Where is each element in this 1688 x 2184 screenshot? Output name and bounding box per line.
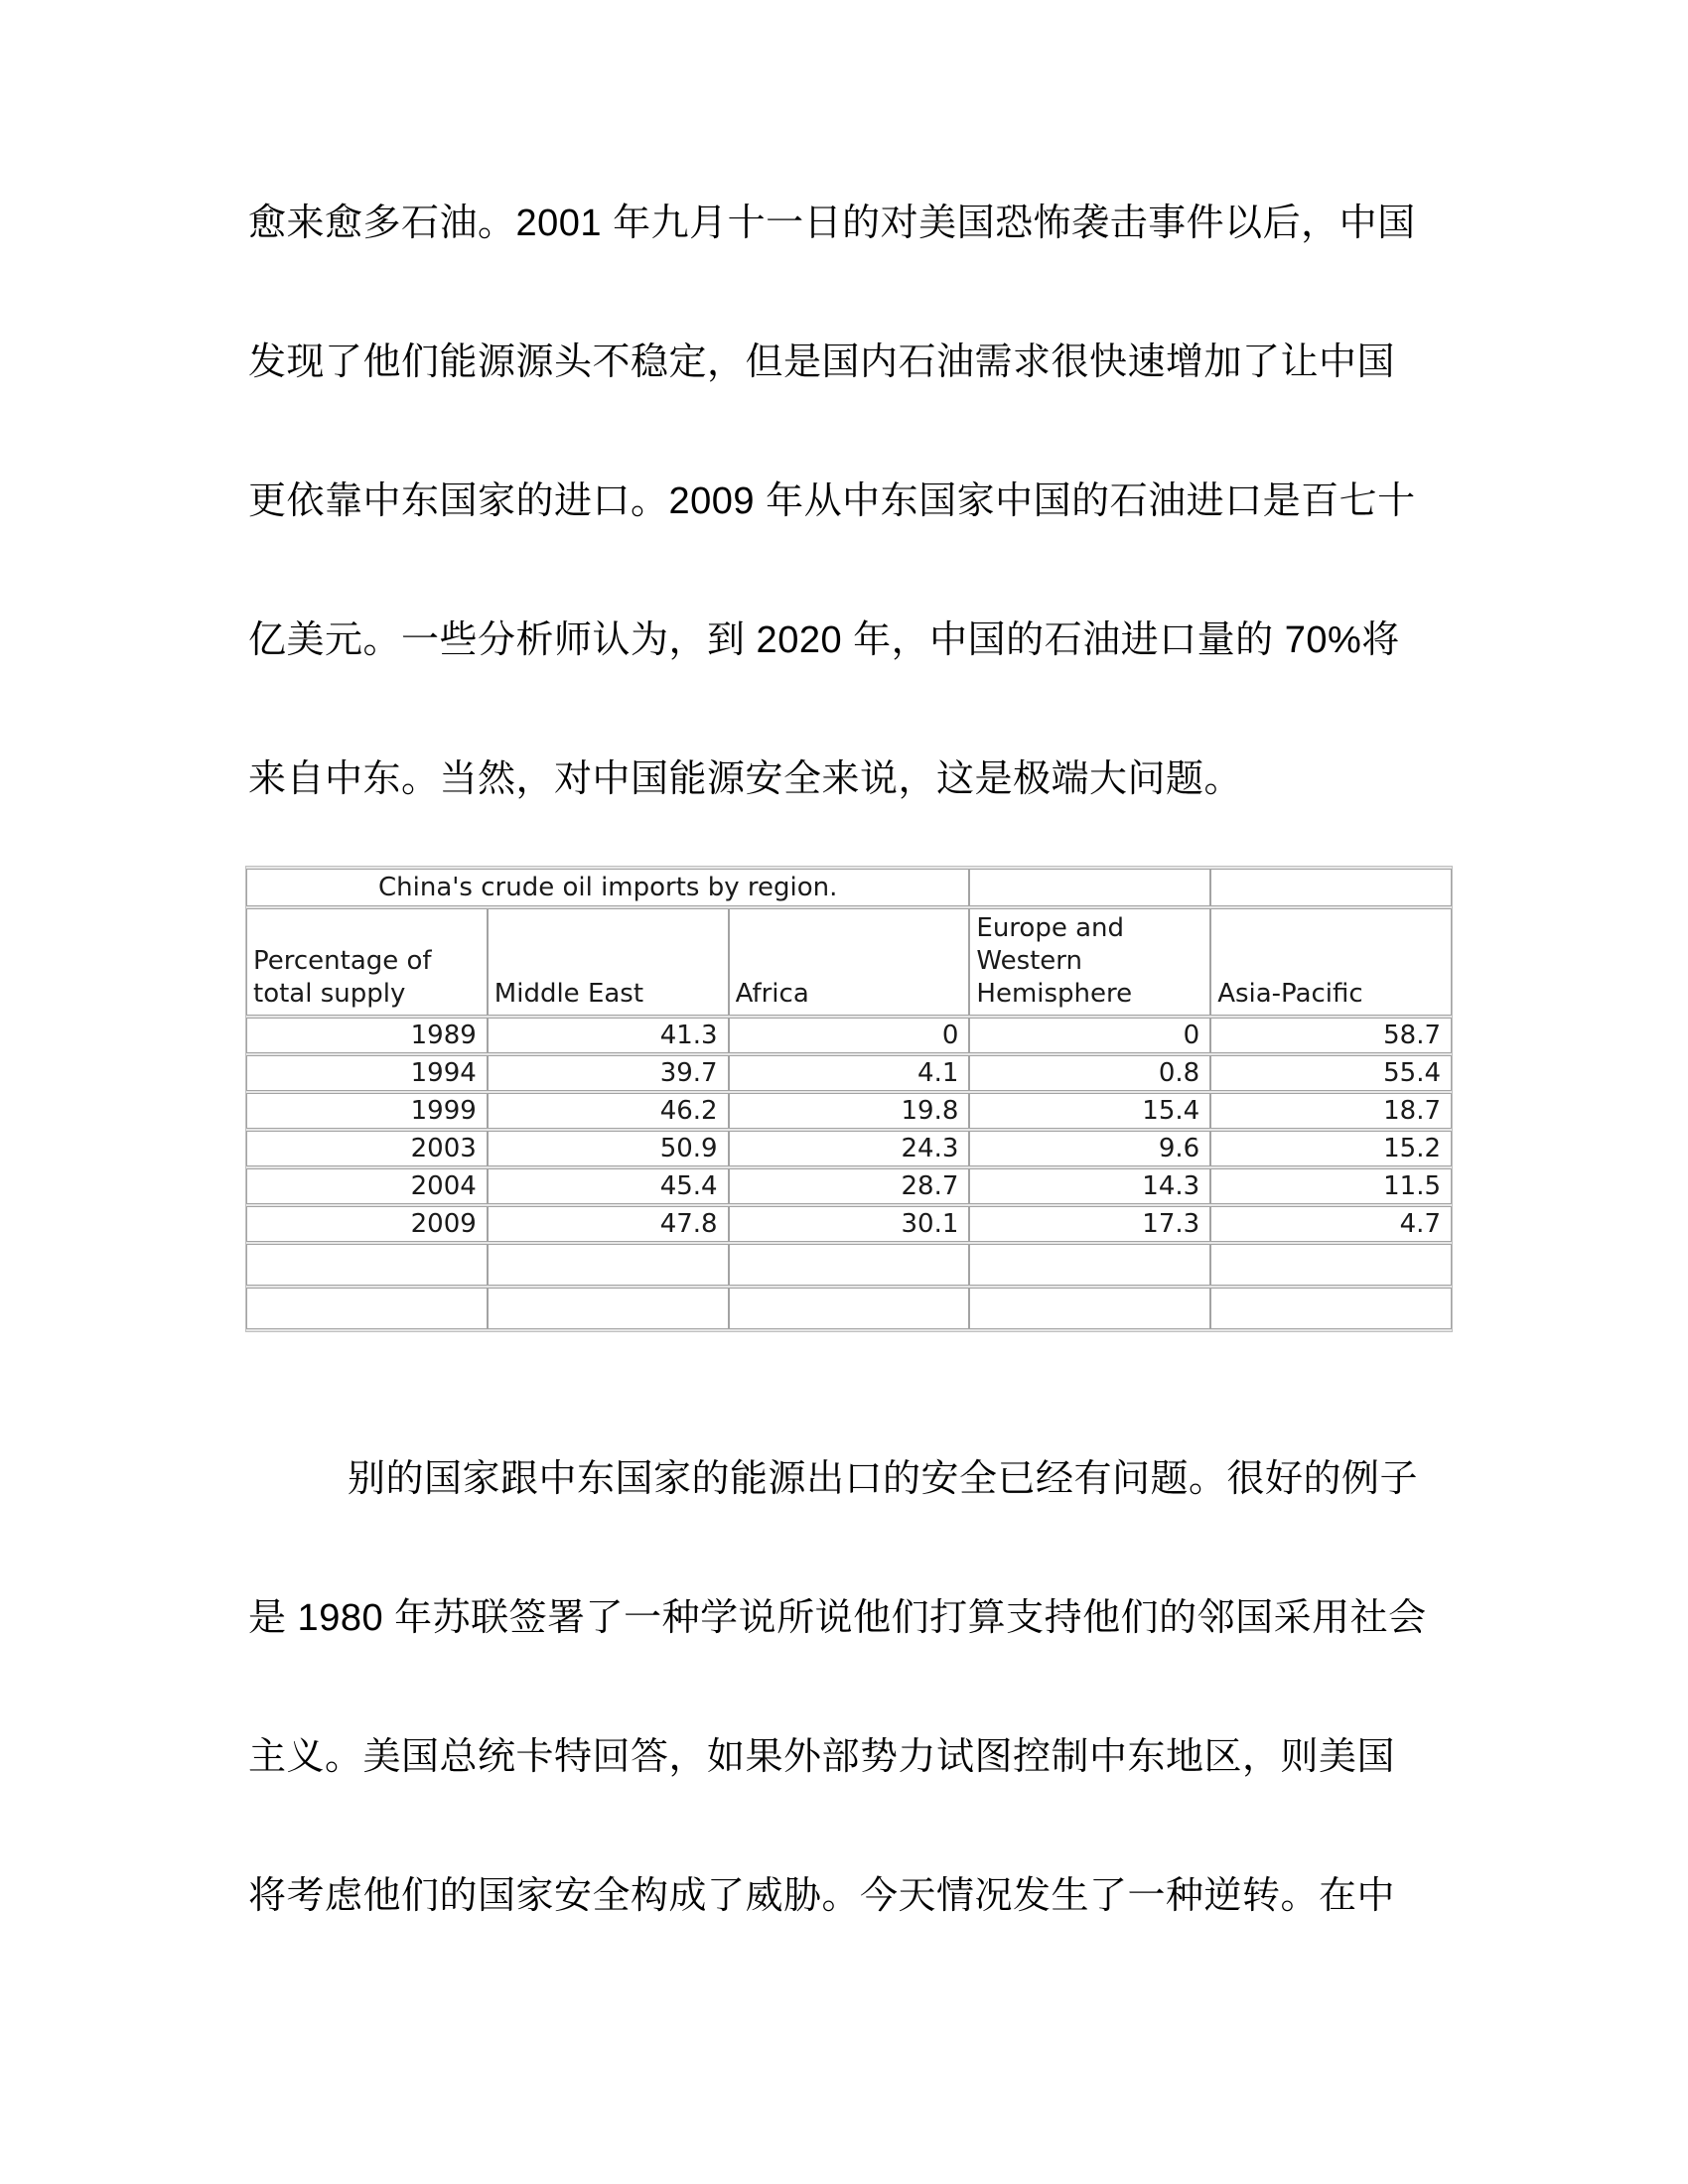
table-row: 200350.924.39.615.2	[246, 1131, 1452, 1166]
paragraph-line: 将考虑他们的国家安全构成了威胁。今天情况发生了一种逆转。在中	[248, 1874, 1489, 2013]
table-header-cell: Percentage of total supply	[246, 908, 488, 1016]
table-value-cell: 0	[729, 1018, 970, 1053]
table-year-cell: 1989	[246, 1018, 488, 1053]
oil-imports-table-wrap: China's crude oil imports by region.Perc…	[245, 866, 1453, 1332]
table-row: 200947.830.117.34.7	[246, 1206, 1452, 1242]
table-value-cell: 58.7	[1210, 1018, 1452, 1053]
table-row: 199439.74.10.855.4	[246, 1055, 1452, 1091]
table-year-cell: 1999	[246, 1093, 488, 1129]
table-year-cell: 2009	[246, 1206, 488, 1242]
table-title-empty-cell	[1210, 869, 1452, 906]
paragraph-energy-security: 别的国家跟中东国家的能源出口的安全已经有问题。很好的例子是 1980 年苏联签署…	[248, 1457, 1489, 2013]
table-row: 198941.30058.7	[246, 1018, 1452, 1053]
table-value-cell: 0	[969, 1018, 1210, 1053]
table-empty-cell	[246, 1244, 488, 1286]
table-header-row: Percentage of total supplyMiddle EastAfr…	[246, 908, 1452, 1016]
table-value-cell: 46.2	[488, 1093, 729, 1129]
table-value-cell: 15.4	[969, 1093, 1210, 1129]
table-title-row: China's crude oil imports by region.	[246, 869, 1452, 906]
table-header-cell: Asia-Pacific	[1210, 908, 1452, 1016]
table-value-cell: 19.8	[729, 1093, 970, 1129]
table-empty-cell	[729, 1288, 970, 1329]
table-row: 199946.219.815.418.7	[246, 1093, 1452, 1129]
table-value-cell: 4.1	[729, 1055, 970, 1091]
table-value-cell: 24.3	[729, 1131, 970, 1166]
oil-imports-table: China's crude oil imports by region.Perc…	[245, 866, 1453, 1332]
table-value-cell: 41.3	[488, 1018, 729, 1053]
table-empty-cell	[969, 1288, 1210, 1329]
table-header-cell: Africa	[729, 908, 970, 1016]
table-empty-cell	[729, 1244, 970, 1286]
table-value-cell: 28.7	[729, 1168, 970, 1204]
table-value-cell: 50.9	[488, 1131, 729, 1166]
table-empty-cell	[488, 1288, 729, 1329]
table-empty-cell	[246, 1288, 488, 1329]
table-value-cell: 15.2	[1210, 1131, 1452, 1166]
paragraph-line: 愈来愈多石油。2001 年九月十一日的对美国恐怖袭击事件以后，中国	[248, 202, 1489, 341]
table-value-cell: 4.7	[1210, 1206, 1452, 1242]
table-value-cell: 45.4	[488, 1168, 729, 1204]
table-value-cell: 11.5	[1210, 1168, 1452, 1204]
table-value-cell: 30.1	[729, 1206, 970, 1242]
paragraph-line: 发现了他们能源源头不稳定，但是国内石油需求很快速增加了让中国	[248, 341, 1489, 479]
table-value-cell: 55.4	[1210, 1055, 1452, 1091]
document-page: 愈来愈多石油。2001 年九月十一日的对美国恐怖袭击事件以后，中国发现了他们能源…	[0, 0, 1688, 2184]
table-empty-row	[246, 1288, 1452, 1329]
paragraph-line: 别的国家跟中东国家的能源出口的安全已经有问题。很好的例子	[248, 1457, 1489, 1596]
table-value-cell: 0.8	[969, 1055, 1210, 1091]
table-header-cell: Middle East	[488, 908, 729, 1016]
table-empty-cell	[1210, 1244, 1452, 1286]
table-empty-row	[246, 1244, 1452, 1286]
table-year-cell: 2004	[246, 1168, 488, 1204]
table-title: China's crude oil imports by region.	[246, 869, 969, 906]
table-value-cell: 18.7	[1210, 1093, 1452, 1129]
table-value-cell: 47.8	[488, 1206, 729, 1242]
table-title-empty-cell	[969, 869, 1210, 906]
table-row: 200445.428.714.311.5	[246, 1168, 1452, 1204]
table-year-cell: 1994	[246, 1055, 488, 1091]
table-year-cell: 2003	[246, 1131, 488, 1166]
paragraph-oil-imports: 愈来愈多石油。2001 年九月十一日的对美国恐怖袭击事件以后，中国发现了他们能源…	[248, 202, 1489, 896]
table-empty-cell	[488, 1244, 729, 1286]
table-empty-cell	[969, 1244, 1210, 1286]
table-empty-cell	[1210, 1288, 1452, 1329]
table-value-cell: 14.3	[969, 1168, 1210, 1204]
paragraph-line: 是 1980 年苏联签署了一种学说所说他们打算支持他们的邻国采用社会	[248, 1596, 1489, 1735]
paragraph-line: 主义。美国总统卡特回答，如果外部势力试图控制中东地区，则美国	[248, 1735, 1489, 1874]
table-value-cell: 39.7	[488, 1055, 729, 1091]
table-header-cell: Europe and Western Hemisphere	[969, 908, 1210, 1016]
paragraph-line: 更依靠中东国家的进口。2009 年从中东国家中国的石油进口是百七十	[248, 479, 1489, 618]
paragraph-line: 亿美元。一些分析师认为，到 2020 年，中国的石油进口量的 70%将	[248, 618, 1489, 757]
table-value-cell: 17.3	[969, 1206, 1210, 1242]
table-value-cell: 9.6	[969, 1131, 1210, 1166]
